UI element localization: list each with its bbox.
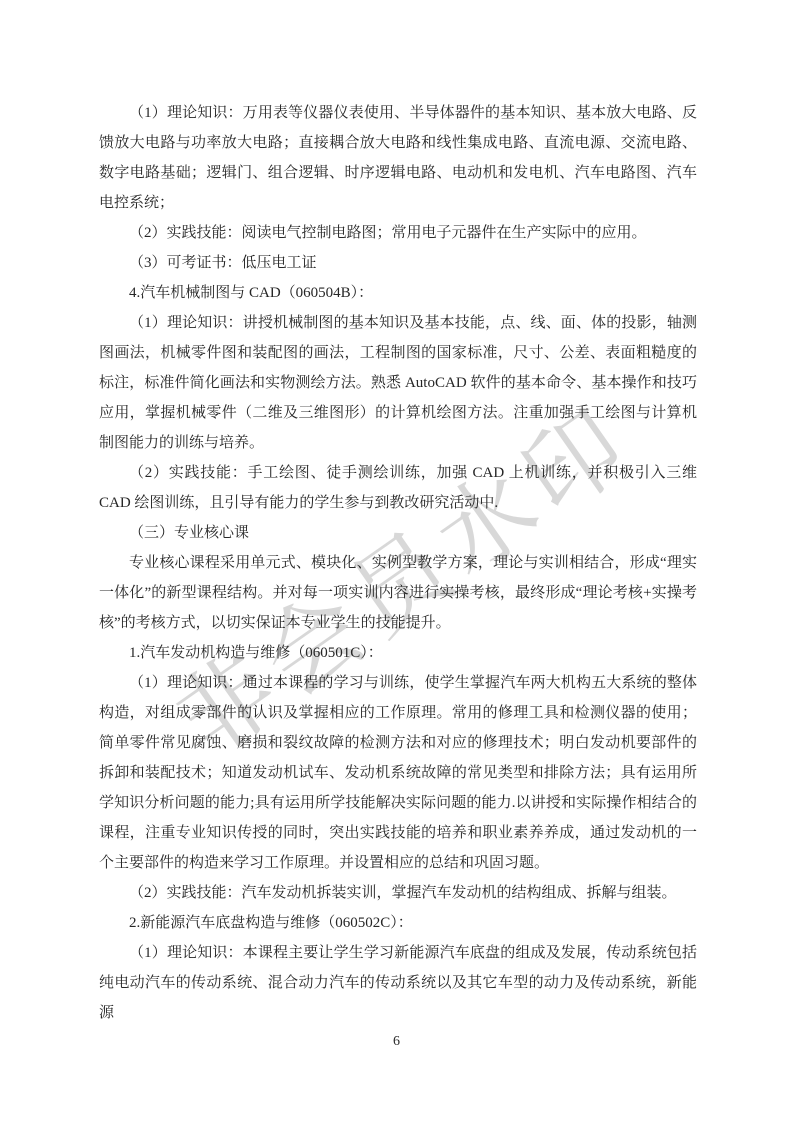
- section-heading: （三）专业核心课: [99, 518, 697, 548]
- document-page: 非会员水印 （1）理论知识：万用表等仪器仪表使用、半导体器件的基本知识、基本放大…: [0, 0, 793, 1122]
- paragraph: （1）理论知识：本课程主要让学生学习新能源汽车底盘的组成及发展，传动系统包括纯电…: [99, 938, 697, 1028]
- section-heading: 1.汽车发动机构造与维修（060501C）：: [99, 638, 697, 668]
- section-heading: 4.汽车机械制图与 CAD（060504B）：: [99, 278, 697, 308]
- section-heading: 2.新能源汽车底盘构造与维修（060502C）：: [99, 908, 697, 938]
- paragraph: （2）实践技能：阅读电气控制电路图；常用电子元器件在生产实际中的应用。: [99, 218, 697, 248]
- page-body: （1）理论知识：万用表等仪器仪表使用、半导体器件的基本知识、基本放大电路、反馈放…: [99, 98, 697, 1028]
- page-number: 6: [0, 1032, 793, 1052]
- paragraph: （3）可考证书：低压电工证: [99, 248, 697, 278]
- paragraph: （1）理论知识：通过本课程的学习与训练，使学生掌握汽车两大机构五大系统的整体构造…: [99, 668, 697, 878]
- paragraph: （2）实践技能：汽车发动机拆装实训，掌握汽车发动机的结构组成、拆解与组装。: [99, 878, 697, 908]
- paragraph: （1）理论知识：讲授机械制图的基本知识及基本技能，点、线、面、体的投影，轴测图画…: [99, 308, 697, 458]
- paragraph: 专业核心课程采用单元式、模块化、实例型教学方案，理论与实训相结合，形成“理实一体…: [99, 548, 697, 638]
- paragraph: （2）实践技能：手工绘图、徒手测绘训练，加强 CAD 上机训练，并积极引入三维 …: [99, 458, 697, 518]
- paragraph: （1）理论知识：万用表等仪器仪表使用、半导体器件的基本知识、基本放大电路、反馈放…: [99, 98, 697, 218]
